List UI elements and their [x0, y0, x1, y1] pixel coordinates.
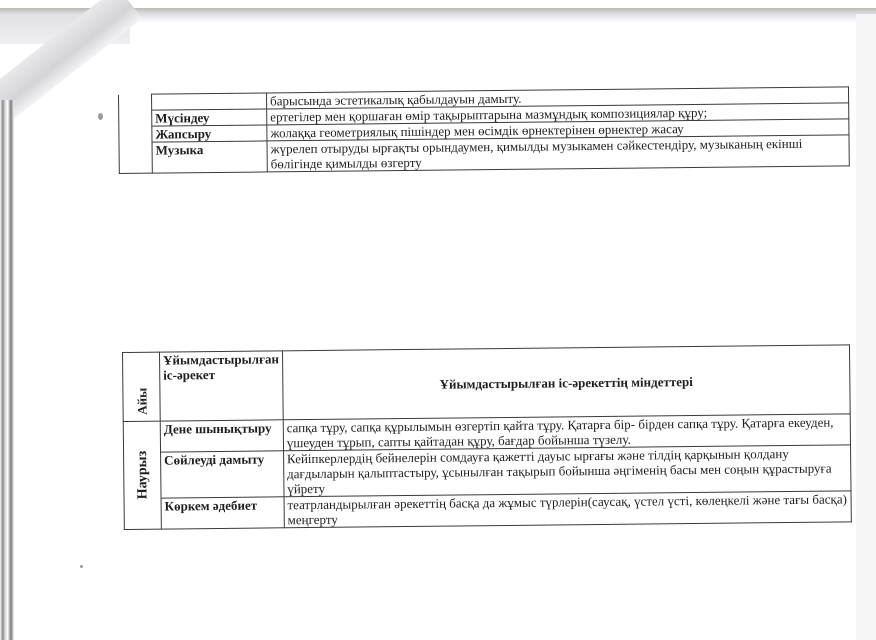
month-cell-empty — [119, 94, 153, 173]
month-label: Наурыз — [135, 451, 151, 500]
header-tasks: Ұйымдастырылған іс-әрекеттің міндеттері — [282, 345, 850, 420]
table-row: Музыка жүрелеп отыруды ырғақты орындауме… — [119, 135, 849, 174]
month-cell: Наурыз — [123, 421, 161, 529]
scan-speck — [80, 565, 83, 568]
activities-table-march: Айы Ұйымдастырылған іс-әрекет Ұйымдастыр… — [122, 344, 852, 530]
activity-cell: Көркем әдебиет — [161, 497, 284, 529]
scan-speck — [98, 113, 103, 120]
activities-table-continued: барысында эстетикалық қабылдауын дамыту.… — [118, 86, 850, 174]
header-activity: Ұйымдастырылған іс-әрекет — [160, 351, 284, 421]
header-month: Айы — [123, 352, 161, 421]
table-header-row: Айы Ұйымдастырылған іс-әрекет Ұйымдастыр… — [123, 345, 851, 422]
scan-right-margin — [856, 14, 876, 640]
activity-cell — [152, 93, 267, 110]
task-cell: Кейіпкерлердің бейнелерін сомдауға қажет… — [283, 445, 850, 497]
activity-cell: Жапсыру — [152, 125, 267, 142]
activity-cell: Сөйлеуді дамыту — [161, 451, 284, 498]
activity-cell: Дене шынықтыру — [160, 420, 283, 452]
table-row: Көркем әдебиет театрландырылған әрекетті… — [124, 491, 851, 530]
scan-left-edge — [0, 100, 14, 640]
activity-cell: Музыка — [152, 141, 267, 173]
activity-cell: Мүсіндеу — [152, 109, 267, 126]
task-cell: жүрелеп отыруды ырғақты орындаумен, қимы… — [267, 135, 849, 172]
task-cell: театрландырылған әрекеттің басқа да жұмы… — [284, 491, 851, 528]
header-month-label: Айы — [134, 388, 149, 415]
table-row: Сөйлеуді дамыту Кейіпкерлердің бейнелері… — [124, 445, 851, 499]
